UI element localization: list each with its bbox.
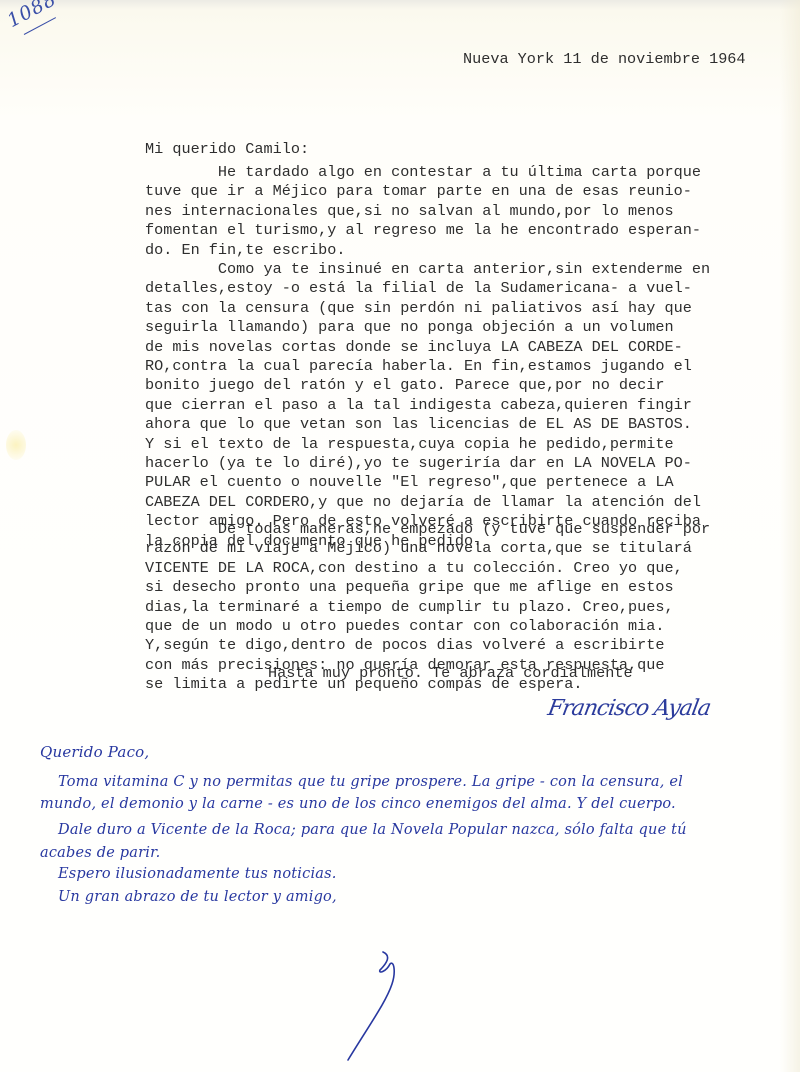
handwritten-line: Espero ilusionadamente tus noticias. [58, 866, 337, 882]
handwritten-salutation: Querido Paco, [40, 743, 149, 761]
handwritten-line: Un gran abrazo de tu lector y amigo, [58, 889, 337, 905]
paper-stain [6, 430, 26, 460]
archive-number: 1088 [4, 0, 61, 32]
paragraph-1: He tardado algo en contestar a tu última… [145, 163, 701, 260]
handwritten-initial-mark [300, 950, 500, 1070]
closing-line: Hasta muy pronto. Te abraza cordialmente [268, 664, 633, 683]
paragraph-2: Como ya te insinué en carta anterior,sin… [145, 260, 710, 551]
salutation: Mi querido Camilo: [145, 140, 309, 159]
handwritten-line: Toma vitamina C y no permitas que tu gri… [58, 774, 683, 790]
handwritten-line: Dale duro a Vicente de la Roca; para que… [58, 822, 687, 838]
handwritten-line: mundo, el demonio y la carne - es uno de… [40, 796, 676, 812]
handwritten-line: acabes de parir. [40, 845, 160, 861]
paper-edge-shadow [780, 0, 800, 1072]
signature: Francisco Ayala [546, 696, 712, 721]
letter-page: 1088 Nueva York 11 de noviembre 1964 Mi … [0, 0, 800, 1072]
dateline: Nueva York 11 de noviembre 1964 [463, 50, 746, 69]
